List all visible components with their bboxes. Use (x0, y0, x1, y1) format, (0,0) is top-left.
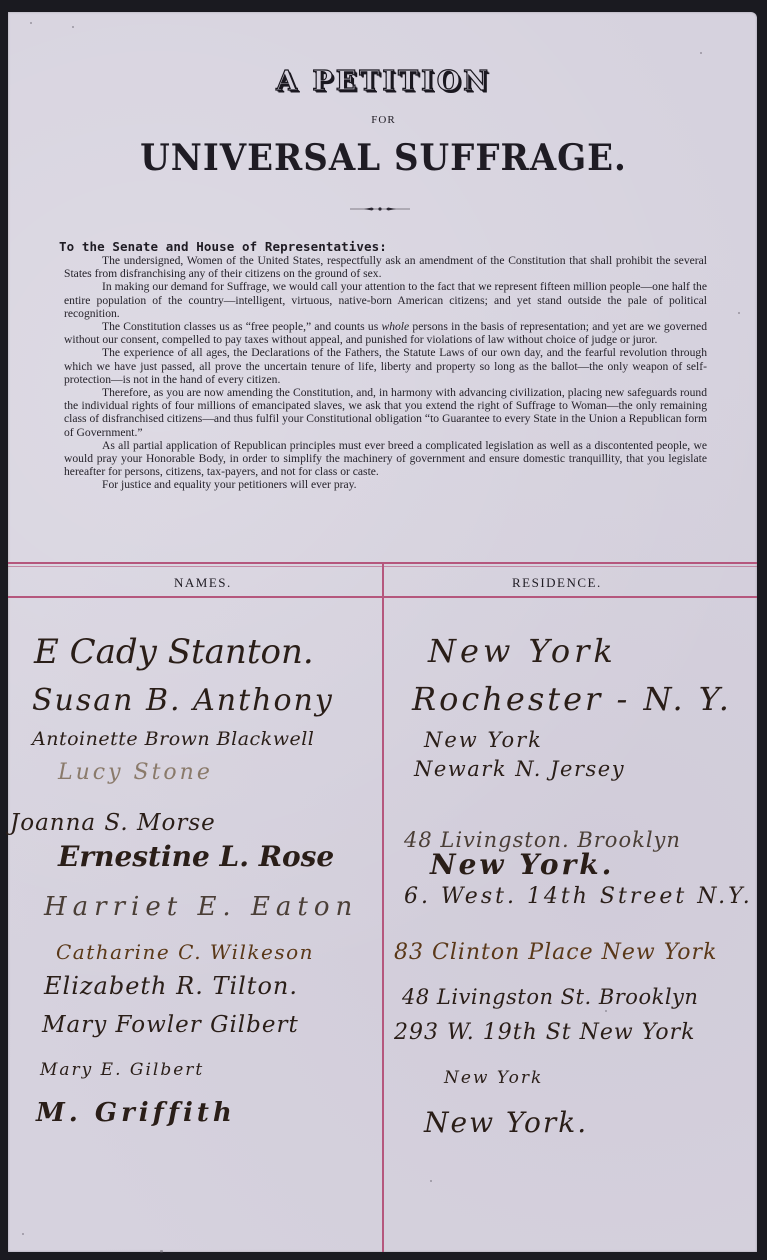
signature-name: Joanna S. Morse (10, 810, 216, 836)
column-header-residence: RESIDENCE. (512, 575, 602, 591)
residence-entry: Newark N. Jersey (414, 757, 625, 781)
column-header-names: NAMES. (174, 575, 232, 591)
salutation: To the Senate and House of Representativ… (59, 239, 387, 254)
paper-speck (430, 1180, 432, 1182)
document-subtitle: UNIVERSAL SUFFRAGE. (0, 136, 767, 179)
residence-entry: New York (424, 728, 543, 752)
signature-name: Susan B. Anthony (32, 683, 334, 718)
paper-speck (30, 22, 32, 24)
paper-speck (738, 312, 740, 314)
residence-entry: New York (444, 1068, 543, 1088)
signature-name: M. Griffith (36, 1098, 236, 1128)
residence-entry: New York (428, 632, 617, 670)
signature-name: Elizabeth R. Tilton. (44, 972, 298, 1000)
paper-speck (72, 26, 74, 28)
paper-speck (700, 52, 702, 54)
signature-name: Lucy Stone (58, 760, 213, 785)
signature-name: Harriet E. Eaton (44, 892, 358, 922)
signature-name: Mary Fowler Gilbert (42, 1012, 299, 1038)
petition-body: The undersigned, Women of the United Sta… (64, 254, 707, 492)
residence-entry: New York. (430, 848, 614, 881)
paragraph-7: For justice and equality your petitioner… (64, 478, 707, 491)
signature-name: Ernestine L. Rose (58, 840, 334, 873)
signature-name: E Cady Stanton. (34, 632, 314, 672)
paper-speck (160, 1250, 163, 1253)
emphasis-whole: whole (381, 320, 409, 333)
title-connector: FOR (0, 114, 767, 126)
residence-entry: Rochester - N. Y. (412, 680, 732, 718)
residence-entry: 6. West. 14th Street N.Y. (404, 884, 753, 909)
paper-speck (605, 1010, 607, 1012)
residence-entry: 83 Clinton Place New York (394, 940, 717, 965)
residence-entry: New York. (424, 1106, 588, 1139)
paragraph-2: In making our demand for Suffrage, we wo… (64, 280, 707, 320)
paragraph-3: The Constitution classes us as “free peo… (64, 320, 707, 346)
paragraph-5: Therefore, as you are now amending the C… (64, 386, 707, 439)
document-title: A PETITION (0, 66, 767, 97)
signature-name: Antoinette Brown Blackwell (32, 728, 314, 750)
residence-entry: 293 W. 19th St New York (394, 1020, 695, 1045)
paragraph-4: The experience of all ages, the Declarat… (64, 346, 707, 386)
signature-name: Mary E. Gilbert (40, 1060, 204, 1080)
ornament-divider-icon (350, 206, 410, 212)
residence-entry: 48 Livingston St. Brooklyn (402, 985, 698, 1009)
paragraph-1: The undersigned, Women of the United Sta… (64, 254, 707, 280)
paragraph-6: As all partial application of Republican… (64, 439, 707, 479)
signature-name: Catharine C. Wilkeson (56, 940, 314, 964)
column-divider (382, 562, 384, 1252)
paper-speck (22, 1233, 24, 1235)
